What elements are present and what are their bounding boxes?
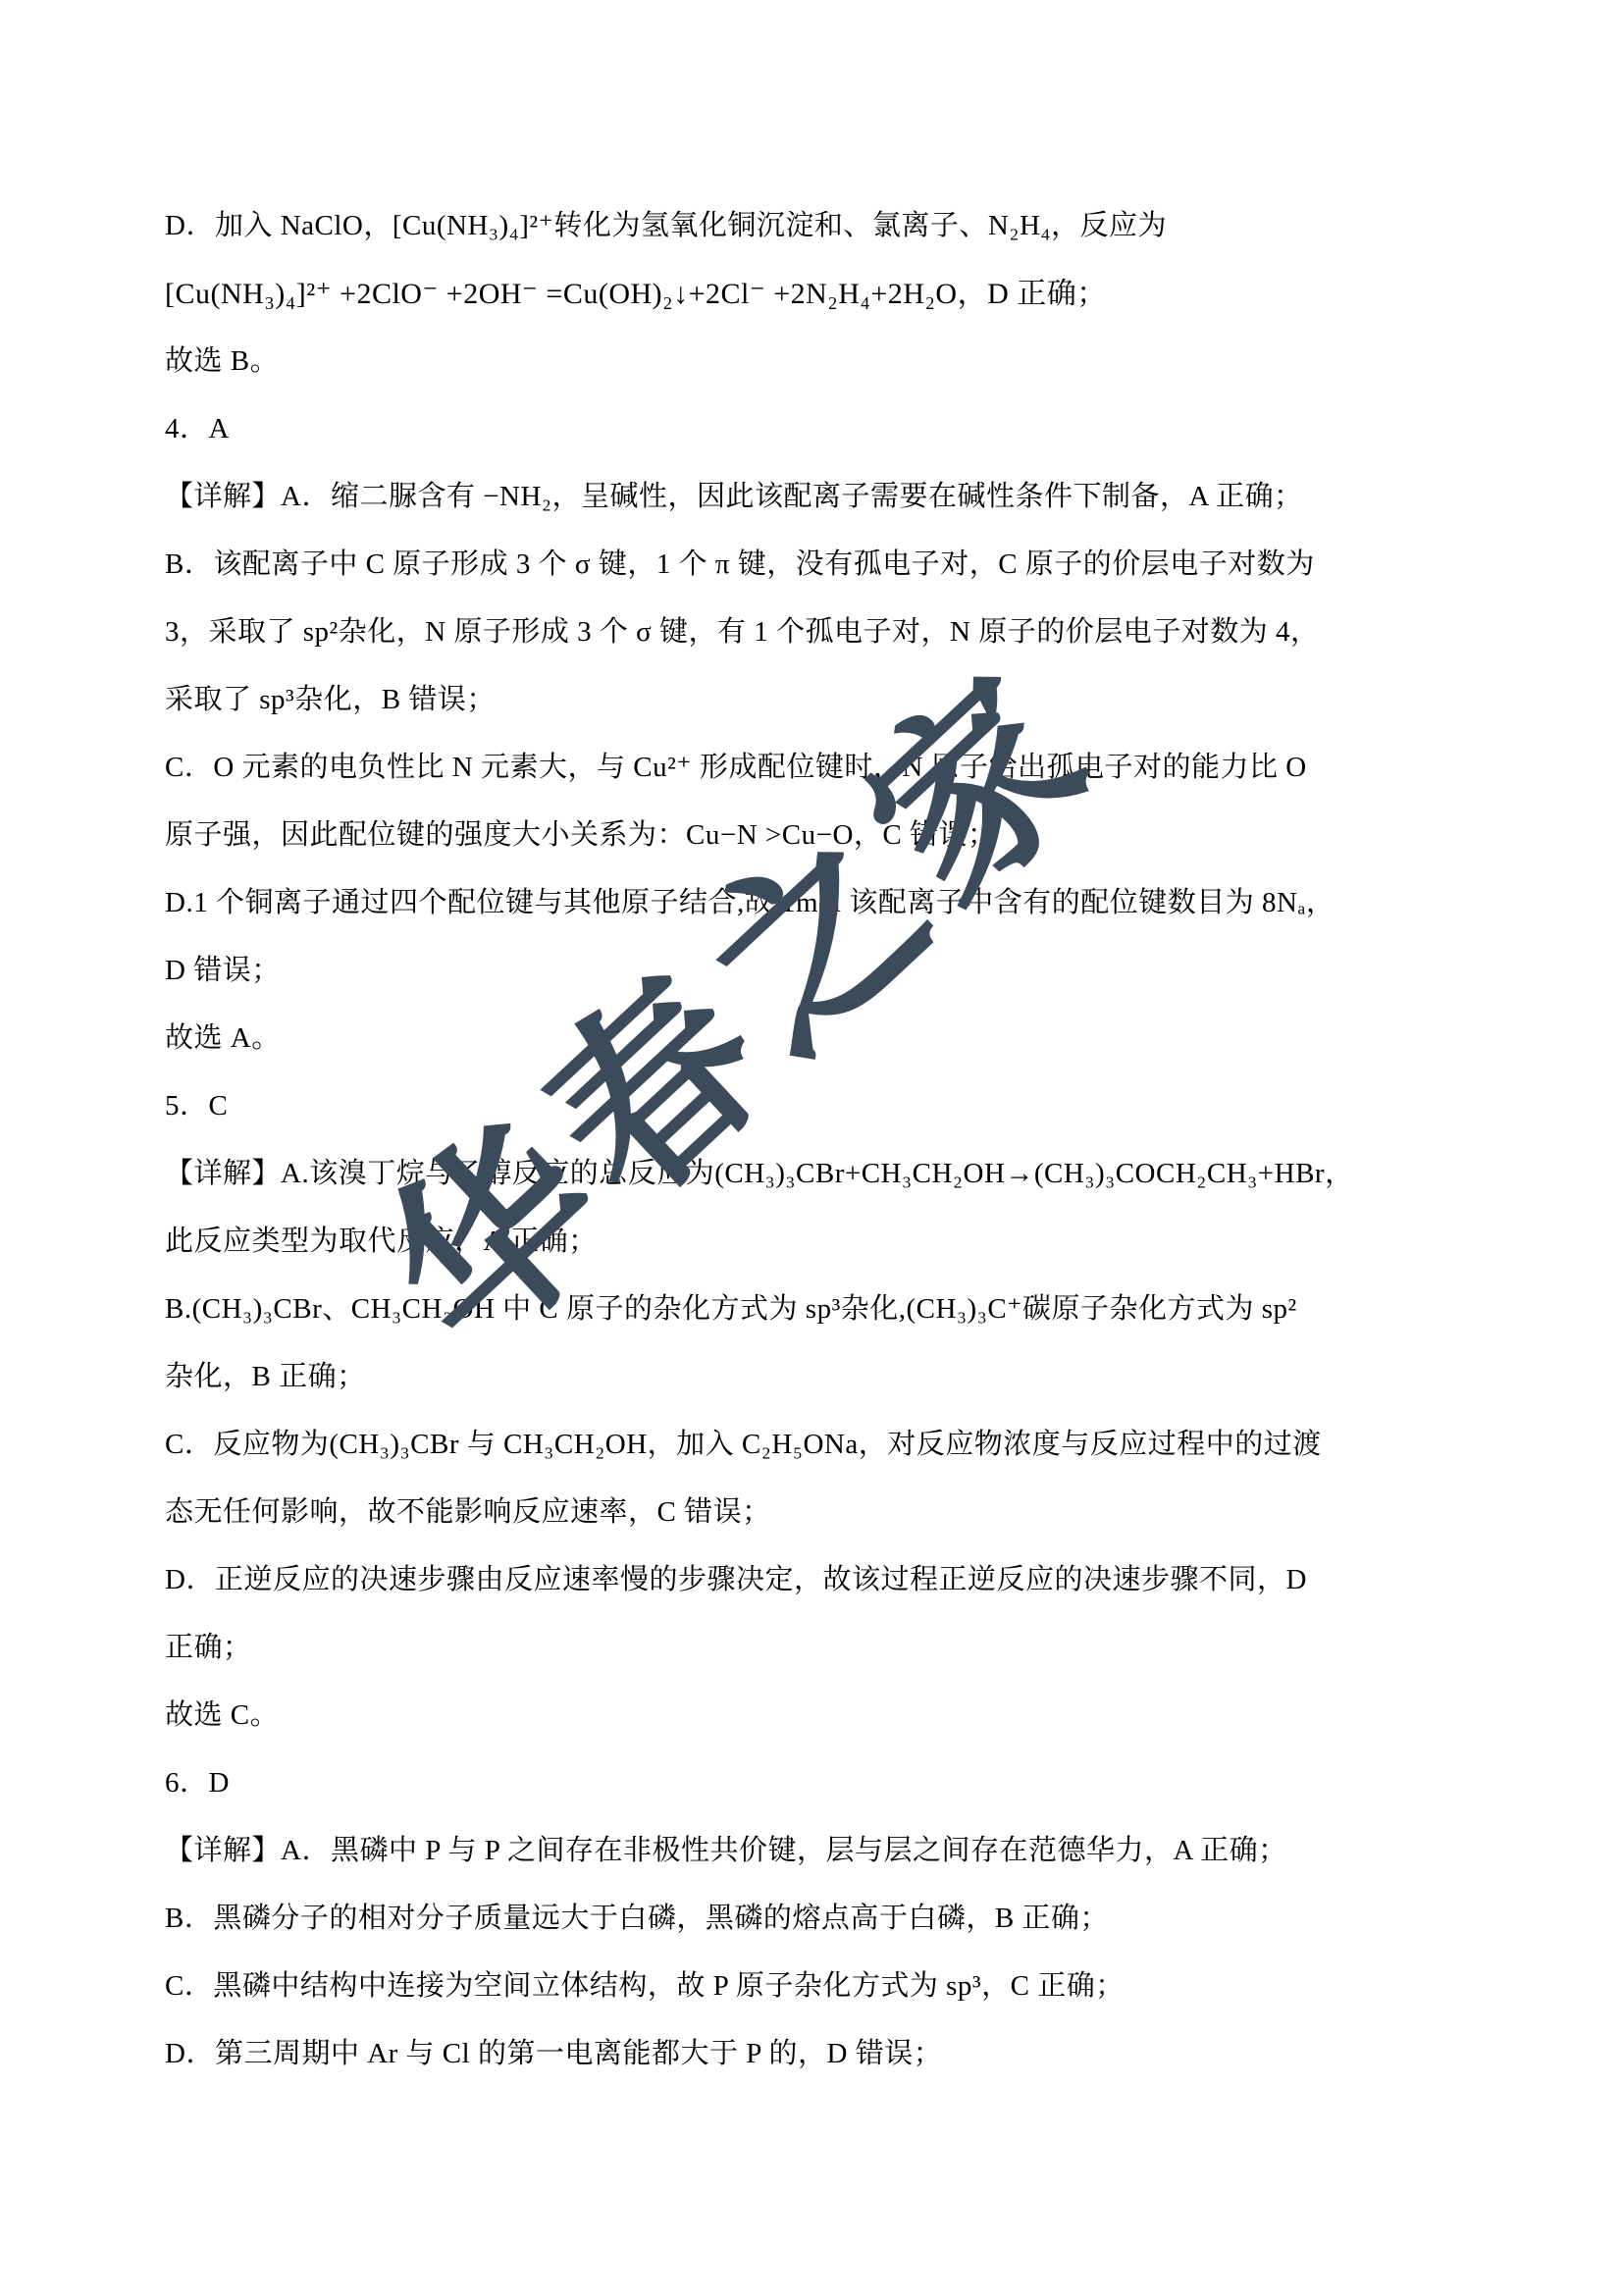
text-line-23: 故选 C。 [165,1682,1476,1749]
text-line-20: 态无任何影响，故不能影响反应速率，C 错误； [165,1479,1476,1546]
text-line-7: 3，采取了 sp²杂化，N 原子形成 3 个 σ 键，有 1 个孤电子对，N 原… [165,599,1476,666]
text-line-6: B．该配离子中 C 原子形成 3 个 σ 键，1 个 π 键，没有孤电子对，C … [165,531,1476,599]
text-line-14: 5．C [165,1072,1476,1140]
text-line-1: D．加入 NaClO，[Cu(NH₃)₄]²⁺转化为氢氧化铜沉淀和、氯离子、N₂… [165,192,1476,260]
text-line-25: 【详解】A．黑磷中 P 与 P 之间存在非极性共价键，层与层之间存在范德华力，A… [165,1817,1476,1885]
text-line-15: 【详解】A.该溴丁烷与乙醇反应的总反应为(CH₃)₃CBr+CH₃CH₂OH→(… [165,1140,1476,1208]
text-line-17: B.(CH₃)₃CBr、CH₃CH₂OH 中 C 原子的杂化方式为 sp³杂化,… [165,1276,1476,1343]
text-line-9: C．O 元素的电负性比 N 元素大，与 Cu²⁺ 形成配位键时，N 原子给出孤电… [165,734,1476,802]
text-line-10: 原子强，因此配位键的强度大小关系为：Cu−N >Cu−O，C 错误； [165,802,1476,869]
text-line-19: C．反应物为(CH₃)₃CBr 与 CH₃CH₂OH，加入 C₂H₅ONa，对反… [165,1411,1476,1479]
text-line-12: D 错误； [165,937,1476,1005]
text-line-27: C．黑磷中结构中连接为空间立体结构，故 P 原子杂化方式为 sp³，C 正确； [165,1953,1476,2020]
text-line-26: B．黑磷分子的相对分子质量远大于白磷，黑磷的熔点高于白磷，B 正确； [165,1885,1476,1953]
text-line-22: 正确； [165,1614,1476,1682]
text-line-18: 杂化，B 正确； [165,1343,1476,1411]
text-line-4: 4．A [165,395,1476,463]
text-line-24: 6．D [165,1749,1476,1817]
text-line-11: D.1 个铜离子通过四个配位键与其他原子结合,故 1mol 该配离子中含有的配位… [165,869,1476,937]
text-line-28: D．第三周期中 Ar 与 Cl 的第一电离能都大于 P 的，D 错误； [165,2020,1476,2088]
text-line-16: 此反应类型为取代反应，A 正确； [165,1208,1476,1276]
text-line-13: 故选 A。 [165,1005,1476,1072]
text-line-2: [Cu(NH₃)₄]²⁺ +2ClO⁻ +2OH⁻ =Cu(OH)₂↓+2Cl⁻… [165,260,1476,328]
text-line-21: D．正逆反应的决速步骤由反应速率慢的步骤决定，故该过程正逆反应的决速步骤不同，D [165,1546,1476,1614]
text-line-8: 采取了 sp³杂化，B 错误； [165,666,1476,734]
text-line-5: 【详解】A．缩二脲含有 −NH₂，呈碱性，因此该配离子需要在碱性条件下制备，A … [165,463,1476,531]
document-page: D．加入 NaClO，[Cu(NH₃)₄]²⁺转化为氢氧化铜沉淀和、氯离子、N₂… [0,0,1623,2296]
text-line-3: 故选 B。 [165,328,1476,395]
document-body: D．加入 NaClO，[Cu(NH₃)₄]²⁺转化为氢氧化铜沉淀和、氯离子、N₂… [165,192,1476,2088]
